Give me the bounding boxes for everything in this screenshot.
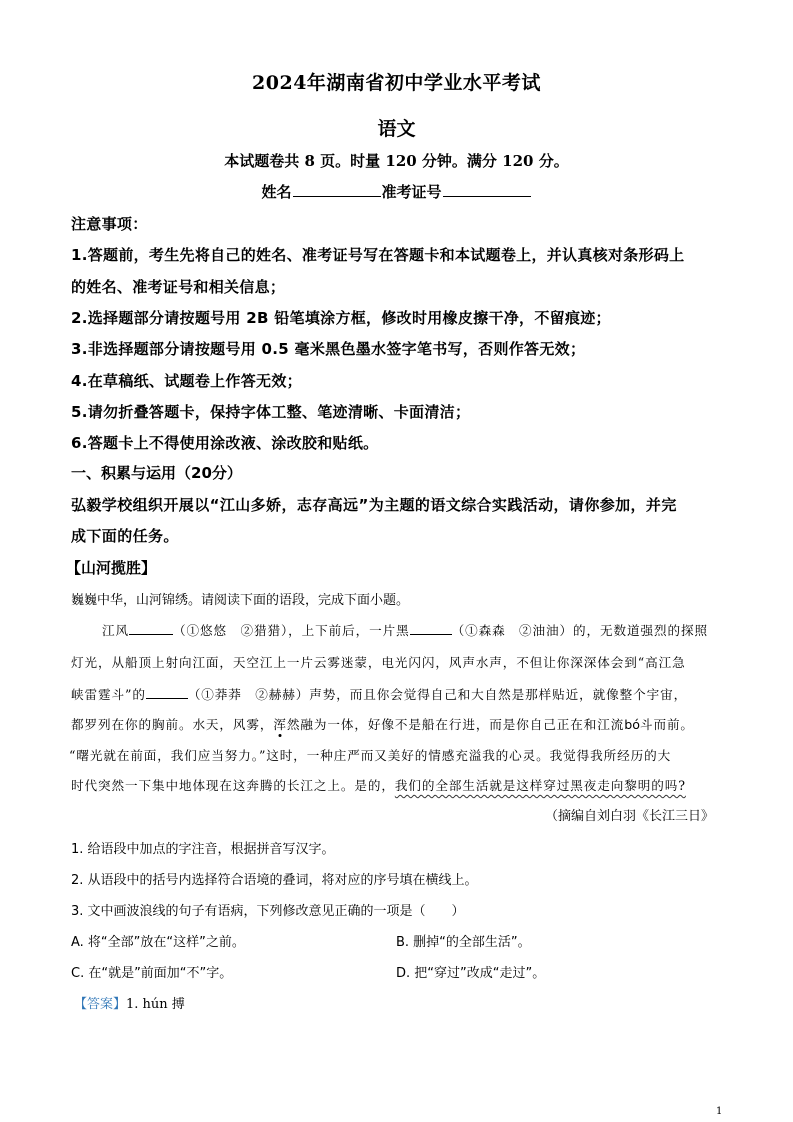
answer-text: 1. hún 搏 (126, 997, 185, 1012)
passage-line: 峡雷霆斗”的（①莽莽 ②赫赫）声势，而且你会觉得自己和大自然是那样贴近，就像整个… (71, 684, 687, 703)
section-intro: 成下面的任务。 (71, 525, 179, 546)
notice-heading: 注意事项： (71, 213, 148, 234)
reading-lead: 巍巍中华，山河锦绣。请阅读下面的语段，完成下面小题。 (71, 589, 409, 608)
id-label: 准考证号 (382, 183, 442, 201)
exam-page: 2024年湖南省初中学业水平考试 语文 本试题卷共 8 页。时量 120 分钟。… (0, 0, 793, 1122)
exam-info: 本试题卷共 8 页。时量 120 分钟。满分 120 分。 (0, 150, 793, 171)
notice-item: 2.选择题部分请按题号用 2B 铅笔填涂方框，修改时用橡皮擦干净，不留痕迹； (71, 307, 611, 328)
notice-item: 的姓名、准考证号和相关信息； (71, 276, 285, 297)
question-1: 1. 给语段中加点的字注音，根据拼音写汉字。 (71, 838, 335, 857)
subject-title: 语文 (0, 114, 793, 141)
wavy-underlined-sentence: 我们的全部生活就是这样穿过黑夜走向黎明的吗? (395, 778, 686, 793)
name-label: 姓名 (261, 183, 291, 201)
fill-blank-3 (146, 686, 188, 699)
passage-line: 灯光，从船顶上射向江面，天空江上一片云雾迷蒙，电光闪闪，风声水声，不但让你深深体… (71, 652, 686, 671)
pinyin: bó (624, 717, 640, 732)
fill-blank-2 (410, 622, 452, 635)
passage-line: 都罗列在你的胸前。水天，风雾，浑然融为一体，好像不是船在行进，而是你自己正在和江… (71, 714, 694, 733)
page-number: 1 (716, 1106, 722, 1117)
candidate-fields: 姓名准考证号 (0, 181, 793, 202)
exam-title: 2024年湖南省初中学业水平考试 (0, 68, 793, 95)
question-3: 3. 文中画波浪线的句子有语病，下列修改意见正确的一项是（ ） (71, 900, 465, 919)
passage-line: 江风（①悠悠 ②猎猎），上下前后，一片黑（①森森 ②油油）的，无数道强烈的探照 (102, 620, 708, 639)
question-2: 2. 从语段中的括号内选择符合语境的叠词，将对应的序号填在横线上。 (71, 869, 478, 888)
option-b: B. 删掉“的全部生活”。 (396, 931, 531, 950)
answer-line: 【答案】1. hún 搏 (74, 993, 185, 1012)
name-blank (293, 182, 381, 197)
sub-heading: 【山河揽胜】 (66, 557, 156, 578)
passage-source: （摘编自刘白羽《长江三日》 (545, 805, 714, 824)
section-heading: 一、积累与运用（20分） (71, 462, 242, 483)
notice-item: 4.在草稿纸、试题卷上作答无效； (71, 370, 302, 391)
passage-line: “曙光就在前面，我们应当努力。”这时，一种庄严而又美好的情感充溢我的心灵。我觉得… (69, 745, 671, 764)
answer-tag: 【答案】 (74, 997, 126, 1012)
dotted-character: 浑 (273, 717, 287, 732)
id-blank (443, 182, 531, 197)
notice-item: 3.非选择题部分请按题号用 0.5 毫米黑色墨水签字笔书写，否则作答无效； (71, 338, 585, 359)
option-a: A. 将“全部”放在“这样”之前。 (71, 931, 245, 950)
fill-blank-1 (129, 622, 173, 635)
notice-item: 1.答题前，考生先将自己的姓名、准考证号写在答题卡和本试题卷上，并认真核对条形码… (71, 244, 684, 265)
option-c: C. 在“就是”前面加“不”字。 (71, 962, 232, 981)
passage-line: 时代突然一下集中地体现在这奔腾的长江之上。是的，我们的全部生活就是这样穿过黑夜走… (71, 775, 686, 794)
option-d: D. 把“穿过”改成“走过”。 (396, 962, 545, 981)
notice-item: 5.请勿折叠答题卡，保持字体工整、笔迹清晰、卡面清洁； (71, 401, 470, 422)
section-intro: 弘毅学校组织开展以“江山多娇，志存高远”为主题的语文综合实践活动，请你参加，并完 (71, 494, 677, 515)
notice-item: 6.答题卡上不得使用涂改液、涂改胶和贴纸。 (71, 432, 378, 453)
